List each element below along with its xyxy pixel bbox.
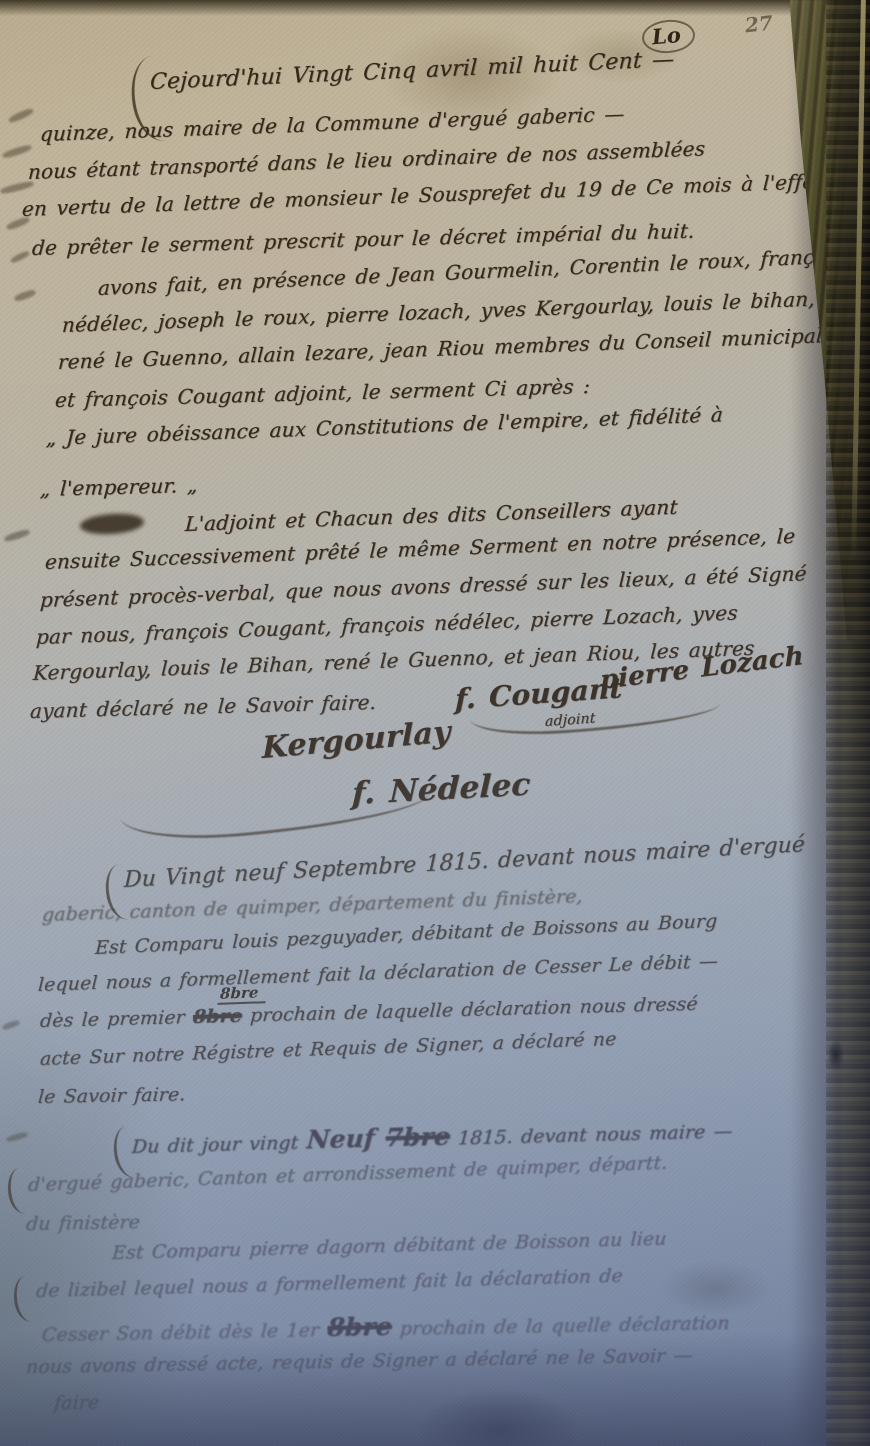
line-text: prochain de la quelle déclaration <box>391 1312 730 1340</box>
oath-quote-line: „ l'empereur. „ <box>39 473 198 501</box>
line-text: Du dit jour vingt <box>131 1131 307 1158</box>
line-text: dès le premier <box>39 1006 193 1032</box>
interlinear-correction: 8bre <box>217 983 266 1005</box>
page-number: 27 <box>744 11 774 38</box>
manuscript-line: le Savoir faire. <box>37 1083 186 1108</box>
line-text: Cesser Son débit dès le 1er <box>41 1319 328 1346</box>
struck-word: 8bre <box>192 1005 242 1028</box>
manuscript-line: du finistère <box>25 1211 141 1235</box>
struck-word: 7bre <box>385 1122 451 1153</box>
emphasized-word: Neuf <box>306 1123 387 1154</box>
struck-word: 8bre <box>326 1312 392 1342</box>
book-binding <box>826 0 870 1446</box>
manuscript-photo: Lo 27 Cejourd'hui Vingt Cinq avril mil h… <box>0 0 870 1446</box>
manuscript-line: faire <box>53 1391 100 1414</box>
